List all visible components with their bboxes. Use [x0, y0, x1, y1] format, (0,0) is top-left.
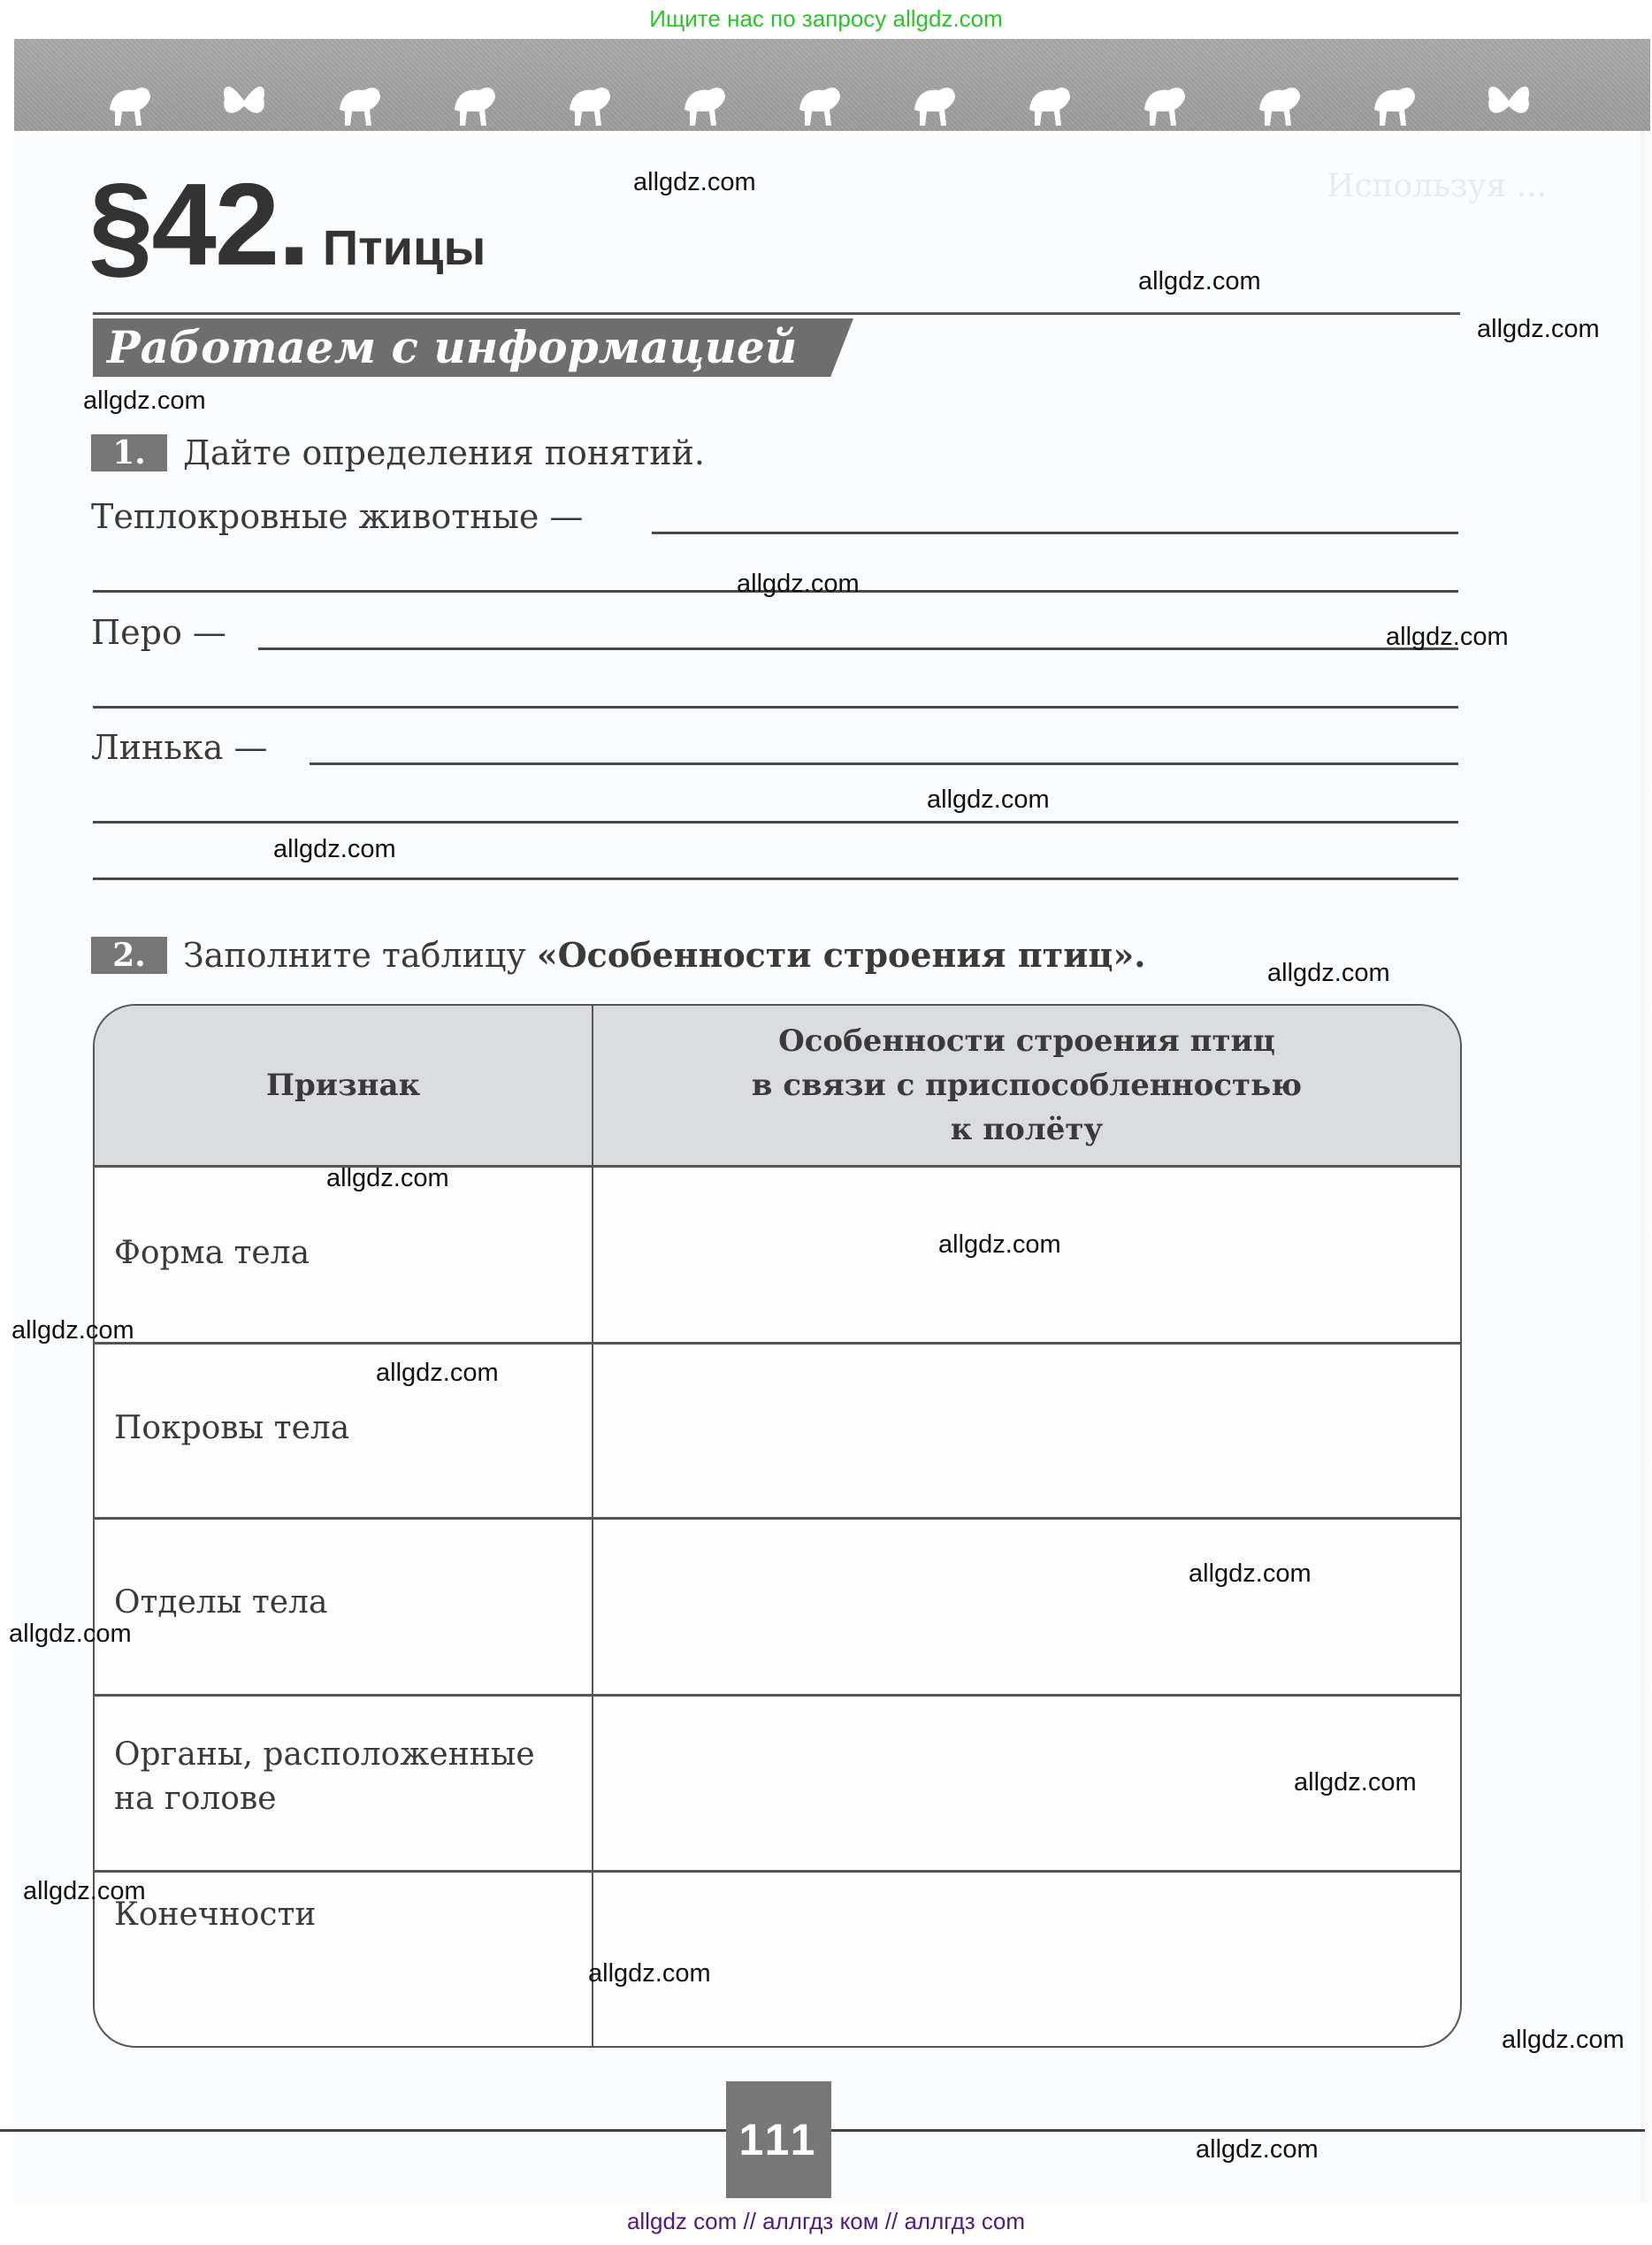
term-label-molting: Линька — — [91, 728, 268, 767]
answer-line-molting-2[interactable] — [93, 821, 1458, 824]
table-row-label-body-shape: Форма тела — [114, 1231, 310, 1276]
table-row-label-line: Органы, расположенные — [114, 1733, 535, 1777]
table-row-label-body-sections: Отделы тела — [114, 1581, 327, 1625]
butterfly-icon — [218, 71, 271, 126]
watermark: allgdz.com — [1189, 1559, 1312, 1589]
task-1-header: 1. Дайте определения понятий. — [91, 433, 705, 472]
promo-footer-text: allgdz com // аллгдз ком // аллгдз com — [0, 2208, 1652, 2235]
header-adaptation-line: к полёту — [951, 1107, 1103, 1152]
bird-structure-table: Признак Особенности строения птиц в связ… — [93, 1004, 1462, 2048]
watermark: allgdz.com — [1267, 959, 1390, 988]
table-row-label-head-organs: Органы, расположенные на голове — [114, 1733, 535, 1821]
table-row-label-body-covering: Покровы тела — [114, 1406, 349, 1451]
watermark: allgdz.com — [1477, 315, 1600, 344]
promo-top-text: Ищите нас по запросу allgdz.com — [0, 5, 1652, 33]
watermark: allgdz.com — [326, 1164, 449, 1193]
table-row-label-line: на голове — [114, 1777, 535, 1821]
deer-icon — [792, 71, 845, 126]
task-2-badge: 2. — [91, 937, 167, 974]
column-divider — [592, 1006, 593, 2046]
task-2-instruction: Заполните таблицу «Особенности строения … — [183, 935, 1145, 975]
section-name: Птицы — [323, 218, 486, 276]
watermark: allgdz.com — [83, 387, 206, 416]
watermark: allgdz.com — [1196, 2135, 1319, 2165]
task-2-instruction-plain: Заполните таблицу — [183, 936, 537, 975]
seahorse-icon — [907, 71, 960, 126]
term-label-warm-blooded: Теплокровные животные — — [91, 497, 583, 536]
watermark: allgdz.com — [273, 835, 396, 864]
section-title: §42. Птицы — [88, 157, 486, 291]
goat-icon — [1367, 71, 1420, 126]
answer-line-warm-blooded-1[interactable] — [652, 532, 1458, 534]
fish-icon — [677, 71, 730, 126]
answer-cell-limbs[interactable] — [595, 1873, 1458, 2045]
butterfly-icon — [1482, 71, 1535, 126]
watermark: allgdz.com — [938, 1230, 1061, 1260]
watermark: allgdz.com — [1502, 2026, 1625, 2055]
watermark: allgdz.com — [9, 1620, 132, 1649]
header-feature: Признак — [95, 1006, 592, 1165]
header-adaptation-line: Особенности строения птиц — [778, 1019, 1275, 1063]
watermark: allgdz.com — [11, 1316, 134, 1345]
watermark: allgdz.com — [376, 1359, 499, 1388]
task-2-header: 2. Заполните таблицу «Особенности строен… — [91, 935, 1145, 975]
task-2-instruction-bold: «Особенности строения птиц». — [537, 935, 1146, 975]
answer-line-feather-2[interactable] — [93, 706, 1458, 709]
watermark: allgdz.com — [927, 785, 1050, 815]
page-edge-shadow — [1641, 39, 1652, 2203]
watermark: allgdz.com — [588, 1959, 711, 1988]
answer-cell-body-sections[interactable] — [595, 1520, 1458, 1692]
watermark: allgdz.com — [1386, 623, 1509, 652]
ostrich-icon — [1252, 71, 1305, 126]
watermark: allgdz.com — [23, 1877, 146, 1906]
watermark: allgdz.com — [1294, 1768, 1417, 1797]
answer-line-molting-3[interactable] — [93, 877, 1458, 880]
work-with-info-banner: Работаем с информацией — [93, 318, 853, 377]
term-label-feather: Перо — — [91, 613, 226, 652]
insect-icon — [1022, 71, 1075, 126]
bird-icon — [562, 71, 616, 126]
watermark: allgdz.com — [633, 168, 756, 197]
answer-line-molting-1[interactable] — [310, 762, 1458, 765]
answer-cell-body-covering[interactable] — [595, 1345, 1458, 1517]
bleed-through-text: Используя ... — [1327, 168, 1547, 204]
boar-icon — [1137, 71, 1190, 126]
header-adaptation: Особенности строения птиц в связи с прис… — [593, 1006, 1460, 1165]
page-number: 111 — [726, 2081, 831, 2198]
answer-line-feather-1[interactable] — [258, 647, 1458, 650]
horse-icon — [447, 71, 501, 126]
bison-icon — [103, 71, 156, 126]
header-adaptation-line: в связи с приспособленностью — [752, 1063, 1302, 1107]
task-1-instruction: Дайте определения понятий. — [183, 433, 705, 472]
title-divider — [93, 312, 1460, 315]
section-number: §42. — [88, 157, 309, 291]
task-1-badge: 1. — [91, 434, 167, 471]
watermark: allgdz.com — [737, 570, 860, 599]
animal-silhouette-banner — [14, 39, 1650, 131]
scorpion-icon — [333, 71, 386, 126]
watermark: allgdz.com — [1138, 267, 1261, 296]
